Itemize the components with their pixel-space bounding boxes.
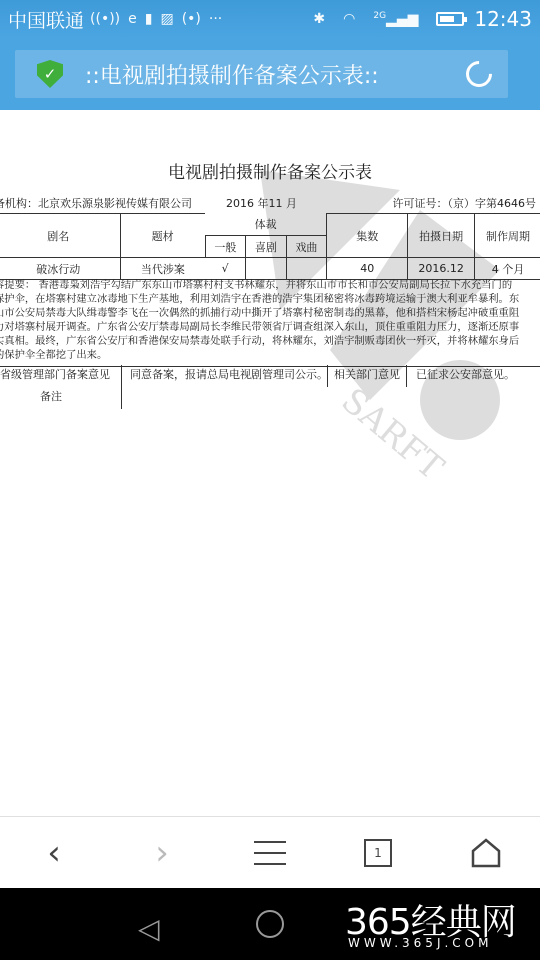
remarks-label: 备注 bbox=[40, 387, 62, 409]
hotspot-icon: ((•)) bbox=[90, 11, 120, 27]
related-opinion-label: 相关部门意见 bbox=[334, 365, 400, 387]
cell-shoot-date: 2016.12 bbox=[408, 258, 475, 280]
wifi-icon: ◠ bbox=[343, 11, 355, 27]
more-icon: ··· bbox=[209, 11, 222, 27]
tab-count: 1 bbox=[364, 839, 392, 867]
cell-episodes: 40 bbox=[327, 258, 408, 280]
header-cycle: 制作周期 bbox=[475, 214, 540, 258]
page-title-url[interactable]: ::电视剧拍摄制作备案公示表:: bbox=[85, 59, 379, 90]
license-number: 许可证号：（京）字第4646号 bbox=[393, 195, 537, 211]
clock: 12:43 bbox=[474, 7, 532, 31]
cell-genre-opera bbox=[286, 258, 327, 280]
provincial-opinion-label: 省级管理部门备案意见 bbox=[0, 365, 110, 387]
cell-genre-general: √ bbox=[205, 258, 246, 280]
image-icon: ▨ bbox=[160, 11, 173, 27]
header-genre-general: 一般 bbox=[205, 236, 246, 258]
home-button[interactable] bbox=[456, 823, 516, 883]
chevron-left-icon: ‹ bbox=[47, 833, 61, 873]
web-content: SARFT 电视剧拍摄制作备案公示表 备机构：北京欢乐源泉影视传媒有限公司 20… bbox=[0, 110, 540, 816]
filing-table: 剧名 题材 体裁 集数 拍摄日期 制作周期 一般 喜剧 戏曲 破冰行动 当代涉案… bbox=[0, 213, 540, 280]
divider bbox=[406, 365, 407, 387]
browser-toolbar: ✓ ::电视剧拍摄制作备案公示表:: bbox=[0, 38, 540, 110]
system-home-icon[interactable] bbox=[256, 910, 284, 938]
carrier-name: 中国联通 bbox=[8, 6, 84, 33]
related-opinion-value: 已征求公安部意见。 bbox=[416, 365, 515, 387]
cell-genre-comedy bbox=[246, 258, 287, 280]
menu-icon bbox=[254, 841, 286, 865]
bluetooth-icon: ✱ bbox=[313, 11, 325, 27]
tabs-button[interactable]: 1 bbox=[348, 823, 408, 883]
back-button[interactable]: ‹ bbox=[24, 823, 84, 883]
cell-subject: 当代涉案 bbox=[120, 258, 205, 280]
browser-bottom-nav: ‹ › 1 bbox=[0, 816, 540, 888]
forward-button[interactable]: › bbox=[132, 823, 192, 883]
opinions-section: 省级管理部门备案意见 同意备案，报请总局电视剧管理司公示。 相关部门意见 已征求… bbox=[0, 365, 540, 409]
cell-name: 破冰行动 bbox=[0, 258, 120, 280]
header-genre-comedy: 喜剧 bbox=[246, 236, 287, 258]
browser-icon: e bbox=[128, 11, 137, 27]
chevron-right-icon: › bbox=[155, 833, 169, 873]
filing-date: 2016 年11 月 bbox=[226, 195, 297, 211]
opinion-row: 省级管理部门备案意见 同意备案，报请总局电视剧管理司公示。 相关部门意见 已征求… bbox=[0, 365, 540, 387]
battery-icon bbox=[436, 12, 464, 26]
cell-cycle: 4 个月 bbox=[475, 258, 540, 280]
divider bbox=[327, 365, 328, 387]
header-genre-opera: 戏曲 bbox=[286, 236, 327, 258]
system-back-icon[interactable]: ◁ bbox=[138, 912, 160, 945]
signal-icon: 2G▂▄▆ bbox=[373, 11, 418, 28]
shield-check-icon[interactable]: ✓ bbox=[37, 60, 63, 88]
header-shoot-date: 拍摄日期 bbox=[408, 214, 475, 258]
menu-button[interactable] bbox=[240, 823, 300, 883]
filing-org: 备机构：北京欢乐源泉影视传媒有限公司 bbox=[0, 195, 192, 211]
document-title: 电视剧拍摄制作备案公示表 bbox=[0, 158, 540, 183]
battery-alert-icon: ▮ bbox=[145, 11, 153, 27]
wireless-icon: (•) bbox=[182, 11, 201, 27]
header-episodes: 集数 bbox=[327, 214, 408, 258]
reload-icon[interactable] bbox=[461, 56, 498, 93]
home-icon bbox=[470, 837, 502, 869]
table-row: 破冰行动 当代涉案 √ 40 2016.12 4 个月 bbox=[0, 258, 540, 280]
system-nav-bar: ◁ 365经典网 WWW.365J.COM bbox=[0, 888, 540, 960]
content-summary: 容提要： 香港毒枭刘浩宇勾结广东东山市塔寨村村支书林耀东，并将东山市市长和市公安… bbox=[0, 278, 540, 367]
brand-url: WWW.365J.COM bbox=[348, 936, 492, 950]
header-genre: 体裁 bbox=[205, 214, 327, 236]
address-bar[interactable]: ✓ ::电视剧拍摄制作备案公示表:: bbox=[15, 50, 508, 98]
provincial-opinion-value: 同意备案，报请总局电视剧管理司公示。 bbox=[130, 365, 328, 387]
header-name: 剧名 bbox=[0, 214, 120, 258]
remarks-row: 备注 bbox=[0, 387, 540, 409]
status-bar: 中国联通 ((•)) e ▮ ▨ (•) ··· ✱ ◠ 2G▂▄▆ 12:43 bbox=[0, 0, 540, 38]
header-subject: 题材 bbox=[120, 214, 205, 258]
